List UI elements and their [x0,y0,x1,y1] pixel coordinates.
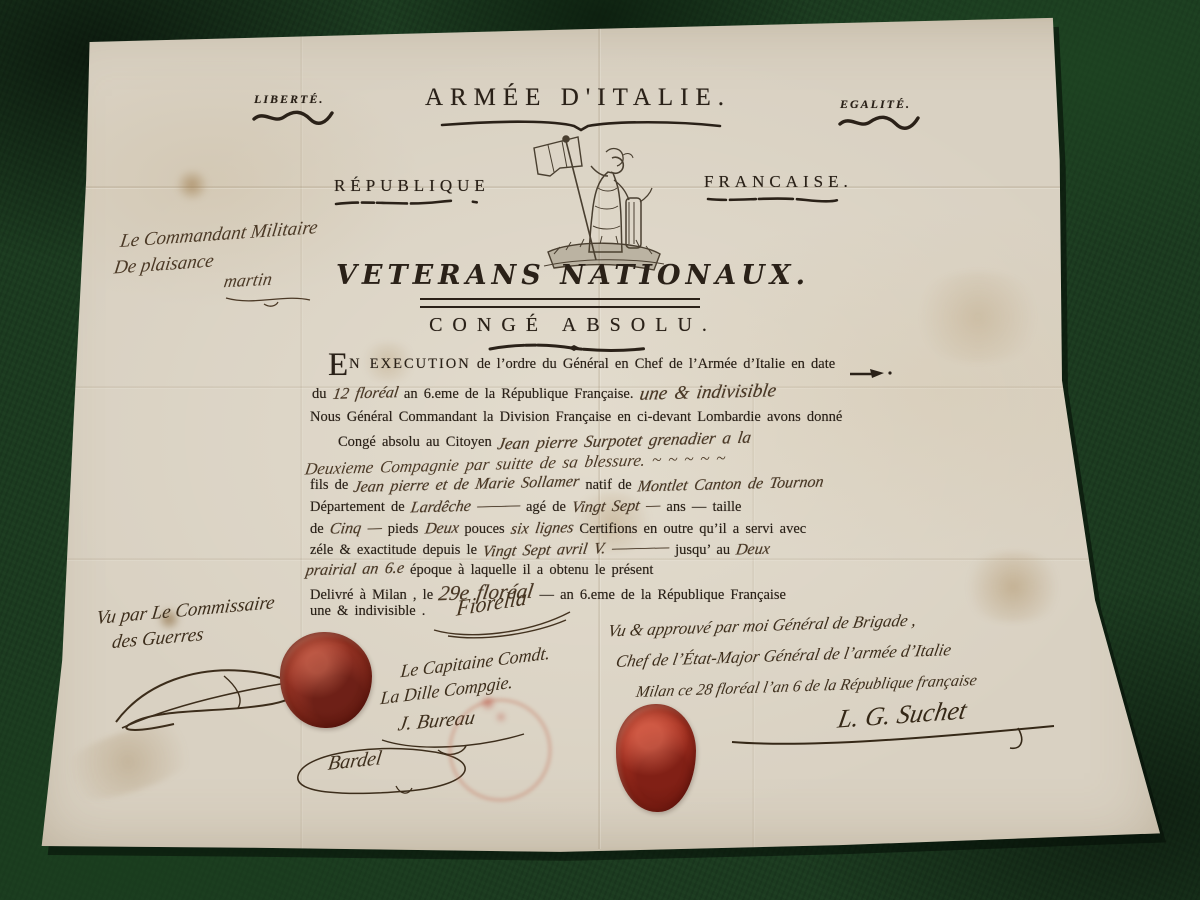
body-l8g: Certifions en outre qu’il a servi avec [573,521,806,537]
body-l6c: natif de [579,477,638,493]
body-l6d-handwritten: Montlet Canton de Tournon [636,474,825,497]
conge-ornament-rule [486,342,666,354]
body-l6b-handwritten: Jean pierre et de Marie Sollamer [353,473,581,497]
body-l2b-handwritten: 12 floréal [331,384,399,404]
approval-line2: Chef de l’État-Major Général de l’armée … [614,640,953,672]
body-line-11: Delivré à Milan , le 29e floréal — an 6.… [310,580,786,605]
body-l2a: du [312,386,333,402]
body-l7a: Département de [310,499,411,515]
approval-line3-text: Milan ce 28 floréal l’an 6 de la Républi… [635,672,979,701]
annotation-commandant-line2: De plaisance [113,250,216,279]
approval-line2-text: Chef de l’État-Major Général de l’armée … [615,640,953,671]
body-l7b-handwritten: Lardêche ——— [409,497,521,518]
title-armee-text: ARMÉE D'ITALIE. [425,84,731,111]
egalite-swash-underline [836,113,922,131]
motto-egalite-text: EGALITÉ. [840,97,911,111]
body-line-6: fils de Jean pierre et de Marie Sollamer… [310,476,823,494]
motto-egalite: EGALITÉ. [840,97,911,112]
paper-stain [174,170,210,200]
suchet-flourish [728,712,1058,752]
francaise-underline [706,194,846,204]
dropcap-E: E [328,347,349,383]
body-l8d-handwritten: Deux [423,520,460,539]
body-l1b: N EXECUTION [349,356,471,372]
body-l8a: de [310,521,330,537]
body-line-4: Congé absolu au Citoyen Jean pierre Surp… [338,431,750,451]
body-line-2: du 12 floréal an 6.eme de la République … [312,382,775,404]
body-text-block: EN EXECUTION de l’ordre du Général en Ch… [300,356,910,636]
body-line-5: Deuxieme Compagnie par suitte de sa bles… [306,454,724,474]
wax-seal-left [280,632,372,728]
body-line-1: EN EXECUTION de l’ordre du Général en Ch… [328,356,835,374]
body-line-10: prairial an 6.e époque à laquelle il a o… [306,561,653,579]
annotation-commandant-line1: Le Commandant Militaire [119,217,319,253]
body-line-7: Département de Lardêche ——— agé de Vingt… [310,498,741,516]
body-l10a-handwritten: prairial an 6.e [304,560,405,581]
body-l3: Nous Général Commandant la Division Fran… [310,409,842,425]
annotation-commandant-line2-text: De plaisance [113,250,215,278]
body-l7c: agé de [520,499,572,515]
label-republique: RÉPUBLIQUE [334,176,490,196]
label-francaise-text: FRANCAISE. [704,172,853,191]
veterans-double-rule [420,298,700,308]
commissaire-note-line1: Vu par Le Commissaire [95,592,276,630]
liberte-swash-underline [250,108,336,126]
red-ink-smudge [496,712,506,722]
body-l7e: ans — taille [660,499,741,515]
body-l8c: pieds [382,521,425,537]
annotation-commandant-line3-text: martin [223,269,274,292]
body-l8e: pouces [458,521,511,537]
label-francaise: FRANCAISE. [704,172,853,192]
body-l9b-handwritten: Vingt Sept avril V. ———— [481,539,670,562]
body-line-9: zéle & exactitude depuis le Vingt Sept a… [310,541,770,559]
body-line-12: une & indivisible . [310,603,425,620]
body-l6a: fils de [310,477,354,493]
wax-seal-center-body [616,704,696,812]
body-l8b-handwritten: Cinq — [328,519,383,538]
body-line-3: Nous Général Commandant la Division Fran… [310,409,842,426]
title-veterans-nationaux: VETERANS NATIONAUX. [303,260,843,291]
commissaire-note-line1-text: Vu par Le Commissaire [95,592,276,629]
title-conge-absolu: CONGÉ ABSOLU. [303,314,843,337]
liberty-emblem-engraving [520,130,688,280]
body-l12: une & indivisible . [310,603,425,619]
body-l1c: de l’ordre du Général en Chef de l’Armée… [471,356,835,372]
title-veterans-text: VETERANS NATIONAUX. [336,260,810,291]
red-ink-smudge [480,696,496,710]
body-line-8: de Cinq — pieds Deux pouces six lignes C… [310,520,806,538]
document-paper: LIBERTÉ. ARMÉE D'ITALIE. EGALITÉ. RÉPUBL… [28,12,1168,857]
photograph-of-document: { "colors": { "felt_background": "#1c3b2… [0,0,1200,900]
title-armee-d-italie: ARMÉE D'ITALIE. [388,84,768,112]
body-l2d-handwritten: une & indivisible [638,380,778,406]
motto-liberte: LIBERTÉ. [254,92,324,107]
ink-smudge-arrow [848,368,894,380]
annotation-commandant-line1-text: Le Commandant Militaire [119,217,319,252]
motto-liberte-text: LIBERTÉ. [254,92,324,106]
label-republique-text: RÉPUBLIQUE [334,176,490,195]
republique-underline [334,198,484,208]
paper-stain [958,552,1068,622]
title-conge-text: CONGÉ ABSOLU. [429,314,717,336]
body-l7d-handwritten: Vingt Sept — [570,497,661,517]
annotation-commandant-line3: martin [222,269,273,293]
body-l11a: Delivré à Milan , le [310,587,439,603]
martin-flourish [224,292,314,308]
wax-seal-center [616,704,696,812]
body-l9d-handwritten: Deux [735,541,772,560]
body-l9c: jusqu’ au [669,542,736,558]
paper-stain [908,272,1048,362]
body-l2c: an 6.eme de la République Française. [398,386,634,402]
body-l8f-handwritten: six lignes [509,519,574,539]
body-l10b: époque à laquelle il a obtenu le présent [404,562,654,578]
body-l9a: zéle & exactitude depuis le [310,542,483,558]
wax-seal-left-body [280,632,372,728]
fiorella-flourish [428,606,578,640]
body-l4a: Congé absolu au Citoyen [338,434,498,450]
body-l11c: — an 6.eme de la République Française [533,587,786,603]
